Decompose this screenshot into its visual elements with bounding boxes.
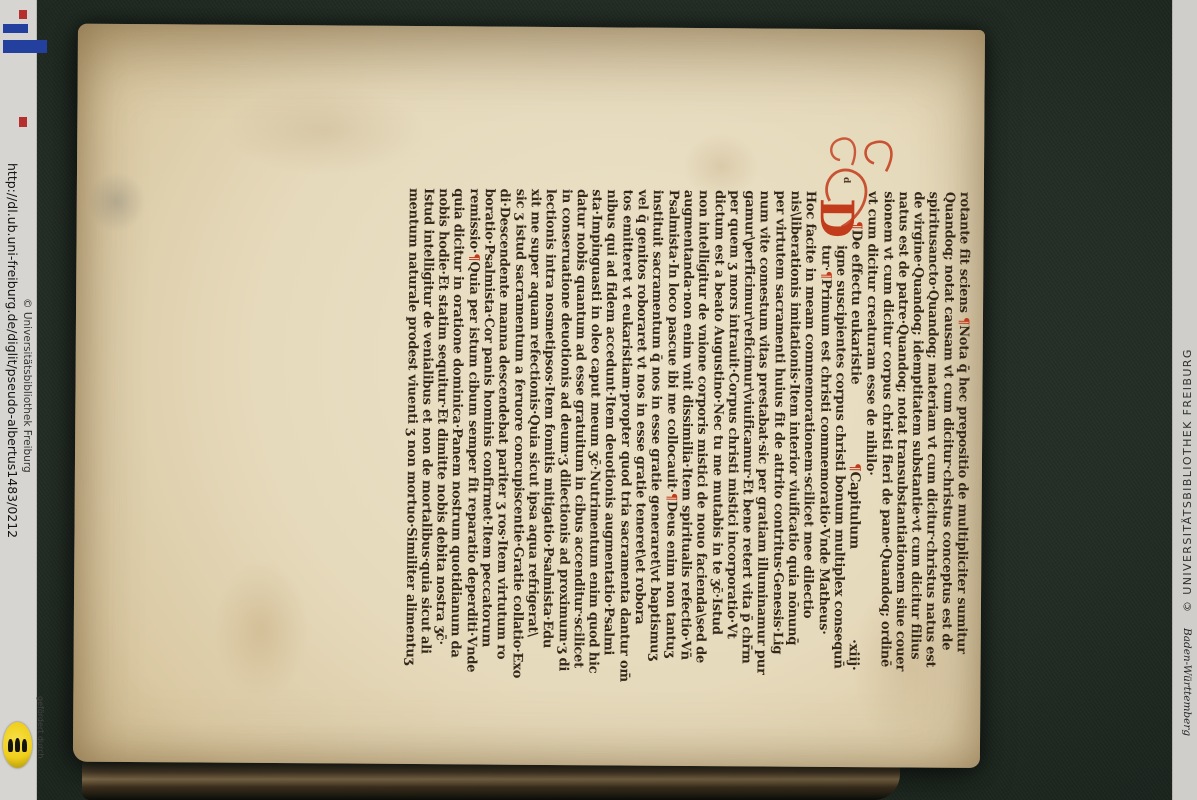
lion-icon	[8, 739, 13, 752]
page-stain	[224, 85, 425, 176]
digitized-book-scan: rotante fit sciens ¶Nota q̄ hec preposit…	[0, 0, 1197, 800]
library-watermark: © UNIVERSITÄTSBIBLIOTHEK FREIBURG	[1181, 348, 1194, 612]
page-stain	[88, 172, 146, 232]
pilcrow-icon: ¶	[818, 271, 833, 279]
pilcrow-icon: ¶	[663, 493, 678, 501]
ruler-red-mark	[19, 117, 27, 127]
chapter-body: d D igne suscipientes corpus christi bon…	[402, 188, 849, 713]
lion-icon	[22, 739, 27, 752]
page-stain	[213, 560, 309, 701]
source-url: http://dl.ub.uni-freiburg.de/diglit/pseu…	[5, 163, 20, 538]
ruler-blue-bar	[3, 40, 47, 53]
previous-chapter-end: rotante fit sciens ¶Nota q̄ hec preposit…	[861, 191, 972, 714]
pilcrow-icon: ¶	[466, 253, 481, 261]
rubricated-initial: D	[816, 193, 856, 243]
lion-icon	[15, 738, 20, 752]
pilcrow-icon: ¶	[956, 317, 971, 325]
copyright-label: © Universitätsbibliothek Freiburg	[21, 298, 33, 473]
heading-title: ¶De effectu eukaristie	[847, 221, 864, 384]
text-block: rotante fit sciens ¶Nota q̄ hec preposit…	[402, 188, 972, 714]
chapter-number: ·xiij·	[845, 639, 861, 671]
funding-label: gefördert durch	[36, 696, 45, 759]
ruler-red-mark	[19, 10, 27, 19]
baden-wuerttemberg-logo	[3, 722, 32, 768]
region-watermark: Baden-Württemberg	[1181, 628, 1193, 736]
guide-letter: d	[841, 177, 851, 183]
ruler-blue-bar	[3, 24, 28, 33]
heading-capitulum: ¶Capitulum	[846, 463, 863, 549]
manuscript-page: rotante fit sciens ¶Nota q̄ hec preposit…	[73, 24, 985, 768]
